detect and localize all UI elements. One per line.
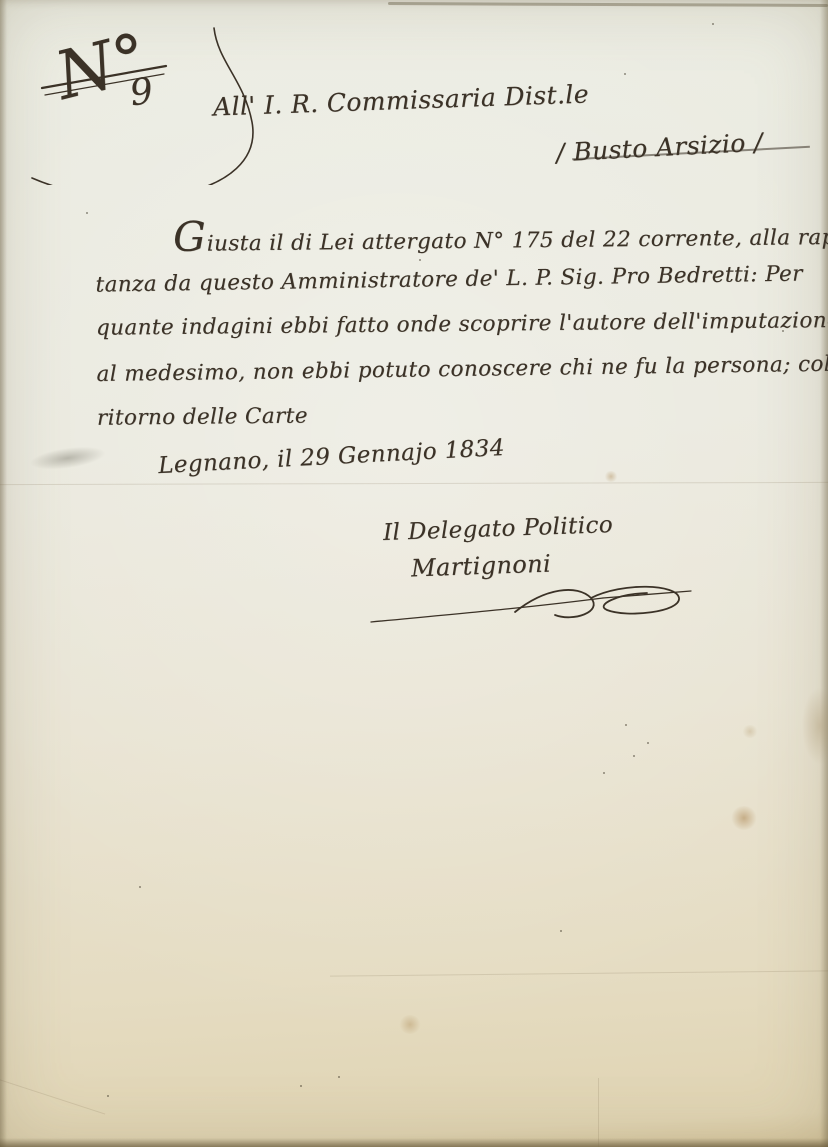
paper-crease	[0, 1076, 105, 1114]
paper-speck	[139, 886, 141, 888]
paper-crease	[0, 482, 828, 485]
paper-crease	[330, 970, 828, 976]
signature-title: Il Delegato Politico	[383, 512, 614, 546]
paper-speck	[560, 930, 562, 932]
paper-edge-shading-left	[0, 0, 7, 1147]
paper-speck	[603, 772, 605, 774]
paper-speck	[647, 742, 649, 744]
paper-speck	[625, 724, 627, 726]
paper-stain	[786, 682, 828, 792]
paper-crease	[598, 1078, 599, 1147]
letter-body: Giusta il di Lei attergato N° 175 del 22…	[95, 208, 813, 440]
paper-speck	[86, 212, 88, 214]
foxing-spot	[731, 806, 757, 830]
paper-speck	[712, 23, 714, 25]
letter-page: N° 9 All' I. R. Commissaria Dist.le / Bu…	[0, 0, 828, 1147]
paper-speck	[624, 73, 626, 75]
paper-speck	[338, 1076, 340, 1078]
recipient-line-2: / Busto Arsizio /	[555, 128, 763, 168]
paper-edge-shading-bottom	[0, 1138, 828, 1147]
paper-speck	[633, 755, 635, 757]
paper-speck	[300, 1085, 302, 1087]
signature-name: Martignoni	[411, 550, 552, 583]
ink-smudge	[24, 435, 119, 478]
paper-speck	[107, 1095, 109, 1097]
body-line: ritorno delle Carte	[97, 388, 813, 440]
foxing-spot	[742, 725, 758, 738]
foxing-spot	[604, 471, 618, 482]
paper-edge-line-top	[388, 2, 828, 7]
paper-edge-shading-right	[820, 0, 828, 1147]
dateline: Legnano, il 29 Gennajo 1834	[158, 435, 506, 479]
foxing-spot	[399, 1015, 421, 1034]
